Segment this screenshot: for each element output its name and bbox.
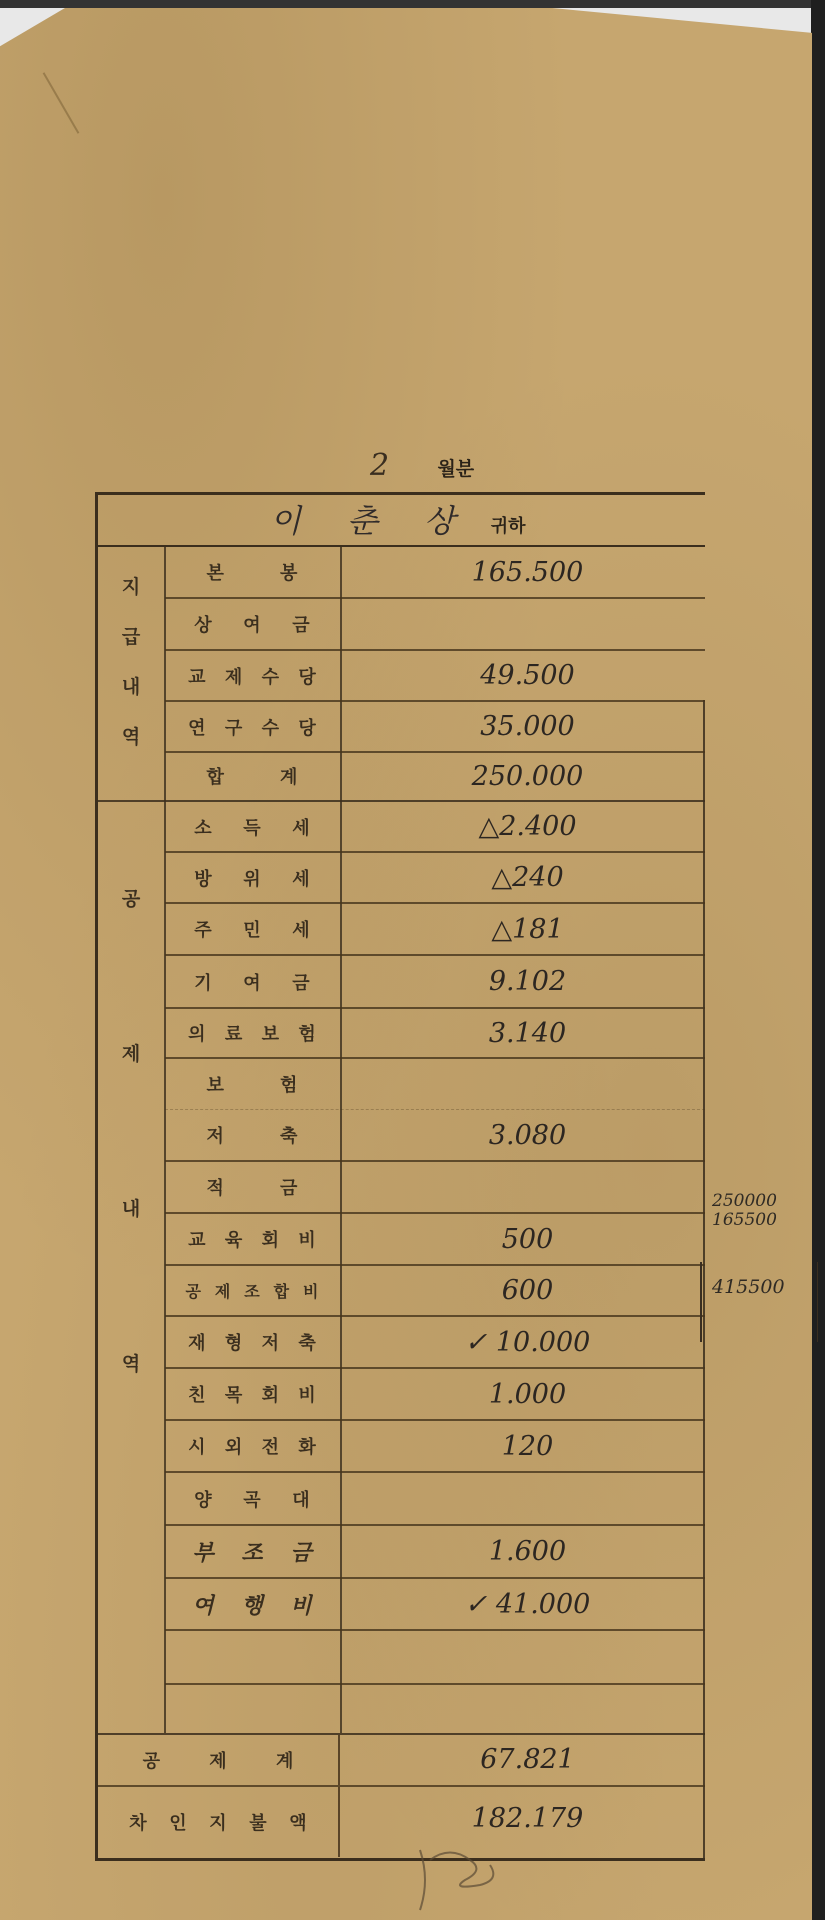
deduction-row-asset-savings: 재형저축 ✓ 10.000 [165,1317,705,1369]
row-label: 주민세 [165,916,340,942]
category-char: 내 [122,1194,140,1221]
deduction-row-insurance: 보험 [165,1059,705,1110]
deduction-row-grain-cost: 양곡대 [165,1473,705,1526]
deduction-row-blank [165,1631,705,1685]
row-label: 방위세 [165,865,340,891]
month-value: 2 [370,448,389,483]
row-label: 소득세 [165,814,340,840]
recipient-row: 이 춘 상 귀하 [270,496,610,542]
payment-row-research-allowance: 연구수당 35.000 [165,702,705,753]
row-value: 3.080 [340,1120,705,1151]
deduction-row-resident-tax: 주민세 △181 [165,904,705,956]
category-char: 내 [122,672,140,699]
margin-note-line: 165500 [712,1211,777,1230]
signature-stamp-icon [390,1840,530,1920]
row-label: 여행비 [165,1589,340,1620]
row-value: ✓ 41.000 [340,1589,705,1620]
row-label: 친목회비 [165,1381,340,1407]
deduction-row-installment-savings: 적금 [165,1162,705,1214]
paper-crease [43,72,80,134]
row-value: △240 [340,862,705,893]
deduction-row-income-tax: 소득세 △2.400 [165,802,705,853]
row-label: 기여금 [165,969,340,995]
margin-note-value: 415500 [712,1276,785,1298]
row-label: 차인지불액 [98,1809,338,1835]
category-char: 공 [122,884,140,911]
deduction-row-medical-insurance: 의료보험 3.140 [165,1009,705,1059]
recipient-name-char: 춘 [347,496,378,542]
margin-note-boxed-total: 415500 [700,1262,818,1342]
deduction-row-defense-tax: 방위세 △240 [165,853,705,904]
honorific-label: 귀하 [491,512,526,538]
row-value: 3.140 [340,1018,705,1049]
deduction-row-condolence-money: 부조금 1.600 [165,1526,705,1579]
row-value: 9.102 [340,966,705,997]
margin-note-line: 250000 [712,1192,777,1211]
category-char: 역 [122,1349,140,1376]
category-char: 제 [122,1039,140,1066]
row-value: 600 [340,1275,705,1306]
deduction-row-long-distance-call: 시외전화 120 [165,1421,705,1473]
margin-note-sum: 250000 165500 [712,1192,777,1230]
row-value: △181 [340,914,705,945]
payment-row-bonus: 상여금 [165,599,705,651]
row-label: 합계 [165,763,340,789]
recipient-name-char: 상 [424,496,455,542]
row-value: △2.400 [340,811,705,842]
deduction-row-savings: 저축 3.080 [165,1110,705,1162]
deduction-row-blank [165,1685,705,1732]
row-value: 1.600 [340,1536,705,1567]
row-label: 재형저축 [165,1329,340,1355]
row-label: 양곡대 [165,1486,340,1512]
row-label: 본봉 [165,559,340,585]
deduction-total-value: 67.821 [338,1735,705,1785]
payment-row-teaching-allowance: 교제수당 49.500 [165,651,705,702]
row-value: 250.000 [340,761,705,792]
row-value: 1.000 [340,1379,705,1410]
row-label: 의료보험 [165,1020,340,1046]
deduction-row-travel-expense: 여행비 ✓ 41.000 [165,1579,705,1631]
row-value: ✓ 10.000 [340,1327,705,1358]
table-top-rule [95,492,705,495]
row-value: 500 [340,1224,705,1255]
scan-edge [811,0,825,1920]
row-label: 연구수당 [165,714,340,740]
deduction-row-mutual-aid-fee: 공제조합비 600 [165,1266,705,1317]
deduction-category-label: 공 제 내 역 [98,820,164,1440]
deduction-row-education-fee: 교육회비 500 [165,1214,705,1266]
payment-row-base-pay: 본봉 165.500 [165,547,705,599]
row-value: 120 [340,1431,705,1462]
row-label: 부조금 [165,1536,340,1567]
deduction-total-row: 공제계 67.821 [98,1735,705,1787]
deduction-row-pension: 기여금 9.102 [165,956,705,1009]
category-char: 급 [122,622,140,649]
recipient-name-char: 이 [270,496,301,542]
category-char: 지 [122,572,140,599]
row-value: 49.500 [340,660,705,691]
row-value: 35.000 [340,711,705,742]
payment-row-total: 합계 250.000 [165,753,705,799]
month-unit-label: 월분 [437,458,474,480]
row-label: 적금 [165,1174,340,1200]
row-label: 공제조합비 [165,1279,340,1302]
row-label: 시외전화 [165,1433,340,1459]
row-label: 보험 [165,1071,340,1097]
row-label: 교제수당 [165,663,340,689]
row-label: 교육회비 [165,1226,340,1252]
month-header: 2 월분 [370,448,474,483]
deduction-row-social-club-fee: 친목회비 1.000 [165,1369,705,1421]
row-label: 상여금 [165,611,340,637]
category-char: 역 [122,722,140,749]
row-value: 165.500 [340,557,705,588]
row-label: 저축 [165,1122,340,1148]
row-label: 공제계 [98,1747,338,1773]
payment-category-label: 지 급 내 역 [98,560,164,760]
